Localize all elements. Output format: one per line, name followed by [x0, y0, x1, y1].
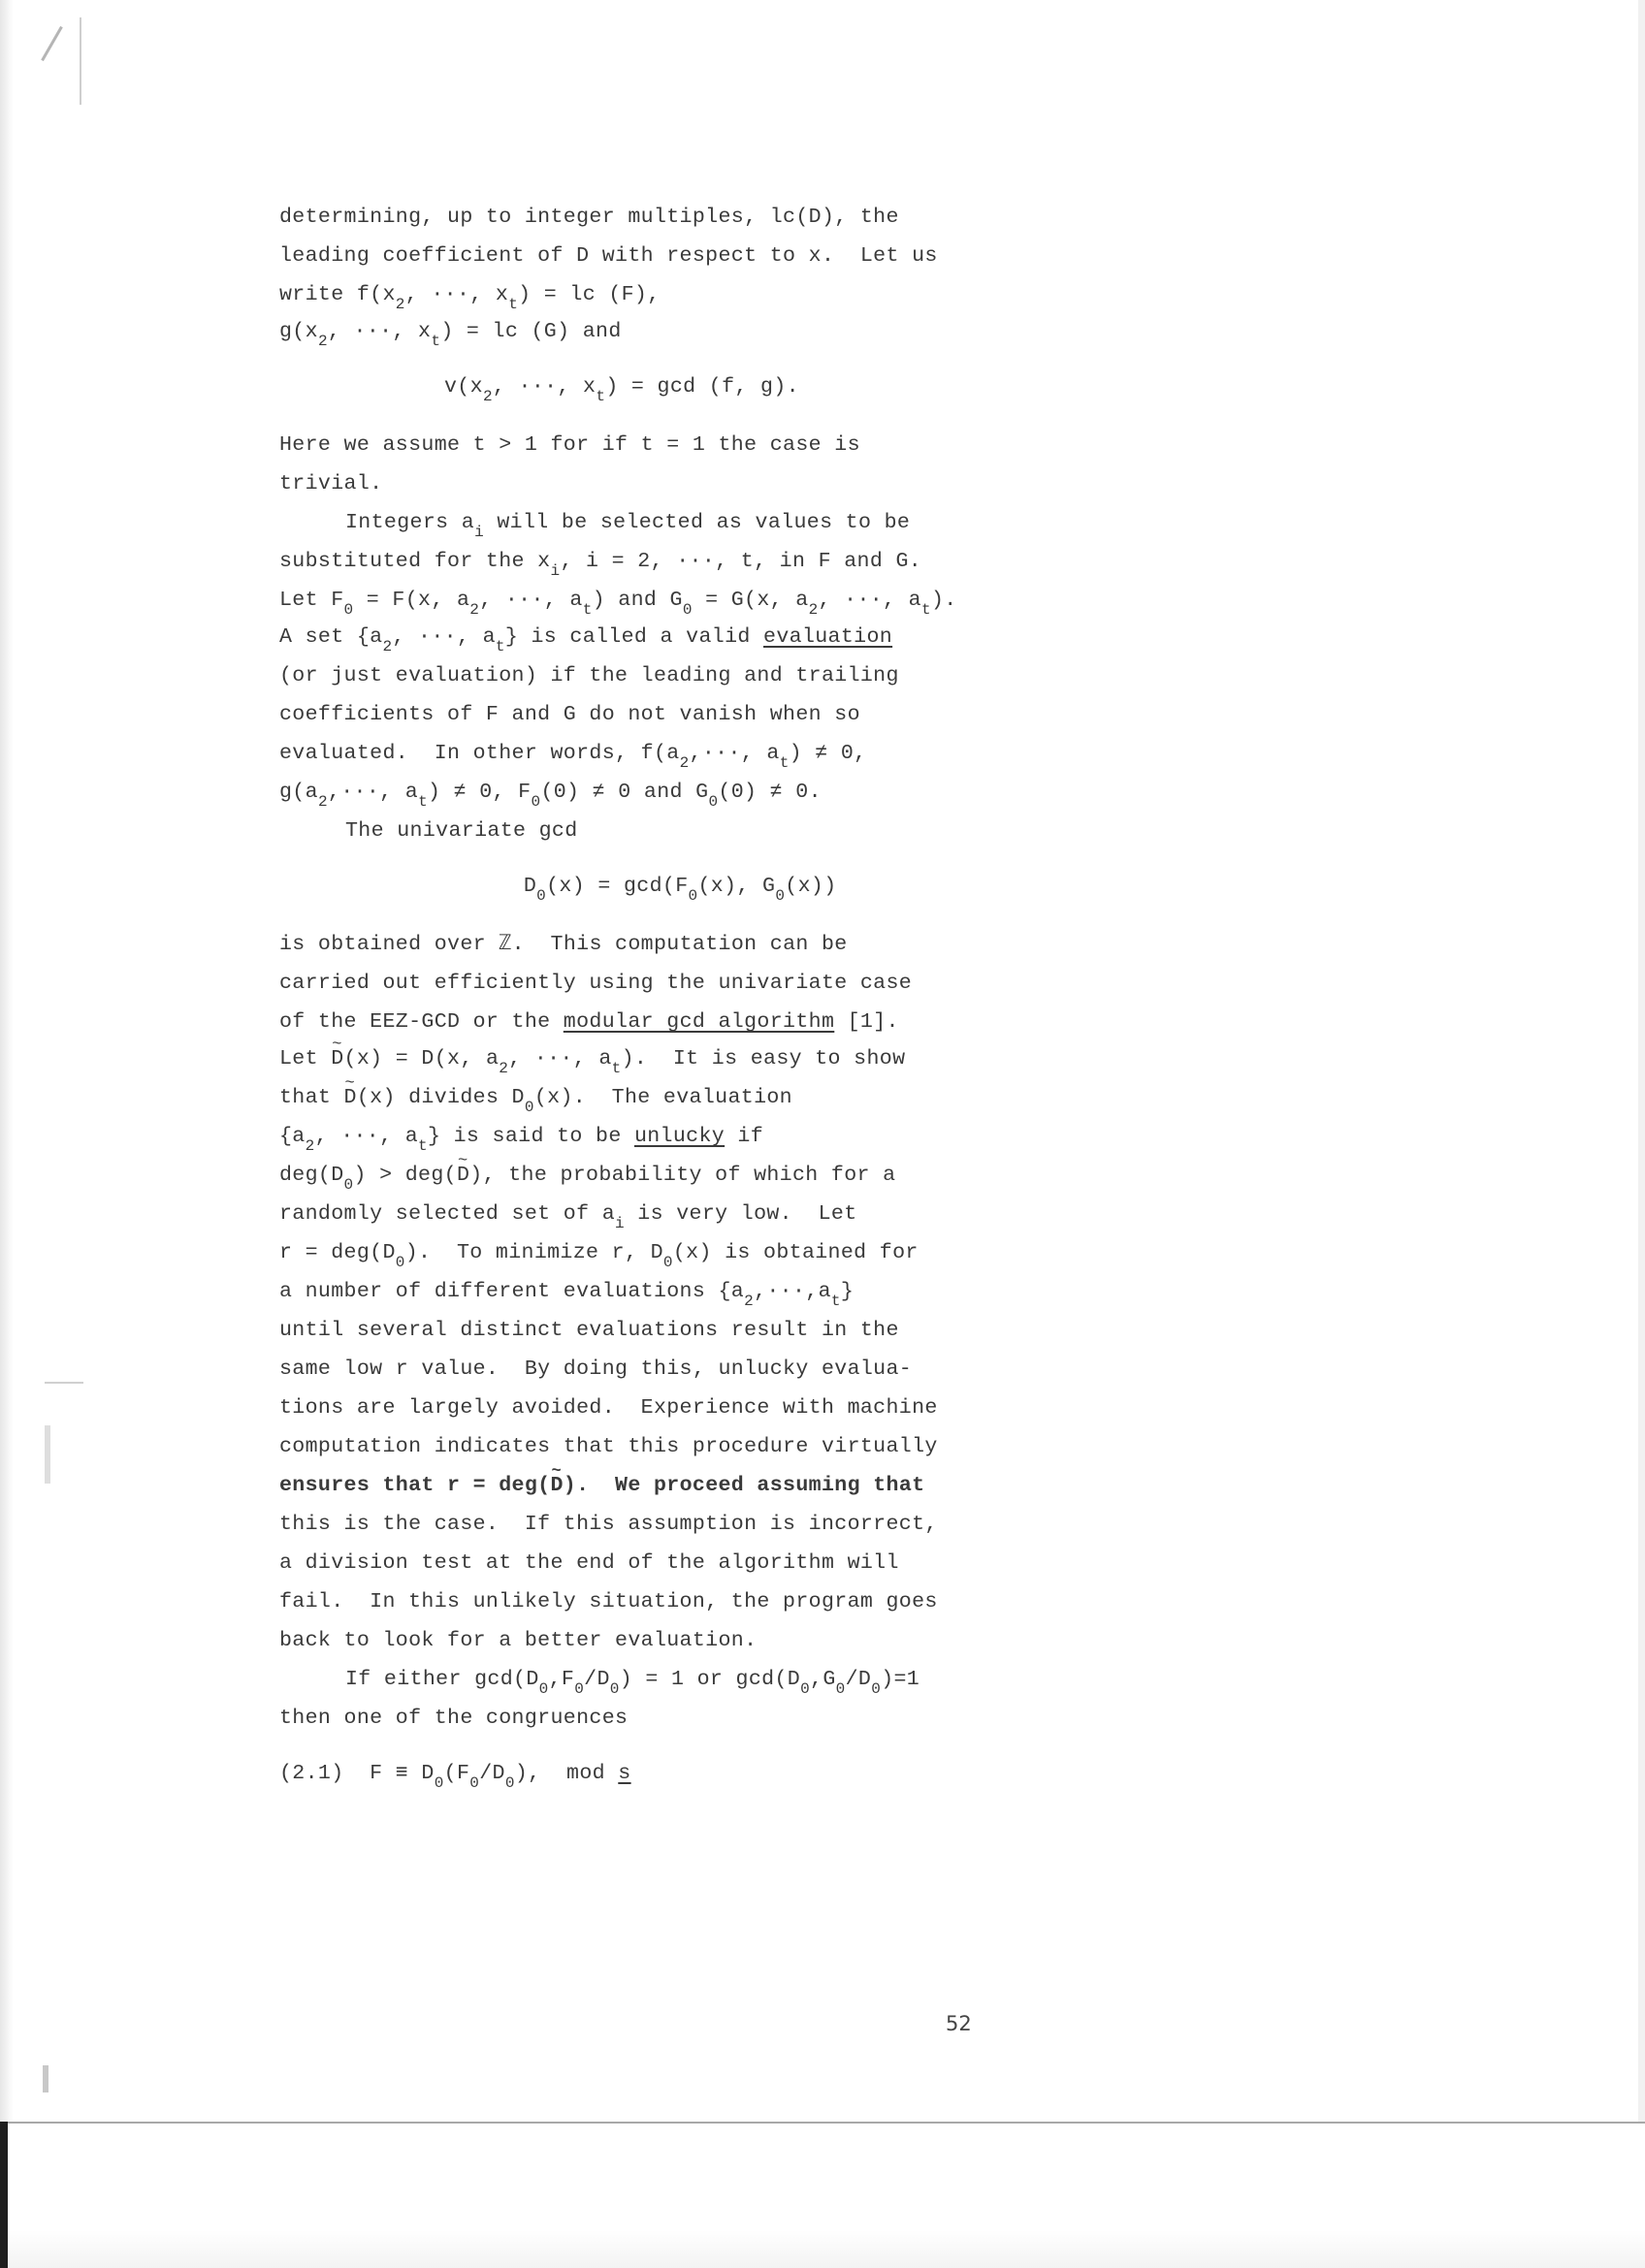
text-line: evaluated. In other words, f(a2,···, at)… [279, 740, 867, 767]
text-line: r = deg(D0). To minimize r, D0(x) is obt… [279, 1239, 919, 1266]
text-line: Let F0 = F(x, a2, ···, at) and G0 = G(x,… [279, 587, 957, 614]
scan-speck [41, 26, 63, 61]
text-line: tions are largely avoided. Experience wi… [279, 1394, 938, 1421]
text-line: a number of different evaluations {a2,··… [279, 1278, 854, 1305]
scanned-page: determining, up to integer multiples, lc… [0, 0, 1645, 2268]
text-line: D0(x) = gcd(F0(x), G0(x)) [279, 873, 837, 900]
text-line: fail. In this unlikely situation, the pr… [279, 1588, 938, 1615]
text-line: (or just evaluation) if the leading and … [279, 662, 899, 689]
text-line: same low r value. By doing this, unlucky… [279, 1356, 912, 1383]
text-line: A set {a2, ···, at} is called a valid ev… [279, 623, 892, 651]
text-line: then one of the congruences [279, 1705, 628, 1732]
page-number: 52 [946, 2012, 972, 2035]
scan-fold-line [0, 2122, 1645, 2124]
scan-left-shadow [0, 0, 14, 2124]
text-line: computation indicates that this procedur… [279, 1433, 938, 1460]
text-line: a division test at the end of the algori… [279, 1549, 899, 1577]
text-line: this is the case. If this assumption is … [279, 1511, 938, 1538]
text-line: substituted for the xi, i = 2, ···, t, i… [279, 548, 921, 575]
text-line: trivial. [279, 470, 382, 497]
text-line: coefficients of F and G do not vanish wh… [279, 701, 860, 728]
scan-binding-bar [0, 2122, 8, 2268]
text-line: back to look for a better evaluation. [279, 1627, 757, 1654]
text-line: write f(x2, ···, xt) = lc (F), [279, 281, 661, 308]
text-line: v(x2, ···, xt) = gcd (f, g). [279, 373, 799, 400]
text-line: ensures that r = deg(D). We proceed assu… [279, 1472, 924, 1499]
text-line: leading coefficient of D with respect to… [279, 242, 938, 270]
text-line: determining, up to integer multiples, lc… [279, 204, 899, 231]
scan-speck [80, 17, 81, 105]
text-line: is obtained over ℤ. This computation can… [279, 931, 848, 958]
text-line: The univariate gcd [279, 817, 578, 845]
scan-bottom-shadow [8, 2230, 1645, 2268]
text-line: Let D(x) = D(x, a2, ···, at). It is easy… [279, 1045, 905, 1072]
text-line: g(x2, ···, xt) = lc (G) and [279, 318, 622, 345]
text-line: Here we assume t > 1 for if t = 1 the ca… [279, 431, 860, 459]
scan-right-edge [1638, 0, 1645, 2122]
text-line: (2.1) F ≡ D0(F0/D0), mod s [279, 1760, 631, 1787]
text-line: If either gcd(D0,F0/D0) = 1 or gcd(D0,G0… [279, 1666, 919, 1693]
text-line: deg(D0) > deg(D), the probability of whi… [279, 1162, 895, 1189]
text-line: until several distinct evaluations resul… [279, 1317, 899, 1344]
text-line: carried out efficiently using the univar… [279, 970, 912, 997]
text-line: {a2, ···, at} is said to be unlucky if [279, 1123, 763, 1150]
scan-speck [45, 1425, 50, 1484]
scan-speck [45, 1382, 83, 1384]
text-line: that D(x) divides D0(x). The evaluation [279, 1084, 792, 1111]
text-line: Integers ai will be selected as values t… [279, 509, 910, 536]
text-line: randomly selected set of ai is very low.… [279, 1200, 857, 1228]
text-line: of the EEZ-GCD or the modular gcd algori… [279, 1008, 899, 1036]
text-line: g(a2,···, at) ≠ 0, F0(0) ≠ 0 and G0(0) ≠… [279, 779, 822, 806]
scan-speck [43, 2065, 48, 2092]
